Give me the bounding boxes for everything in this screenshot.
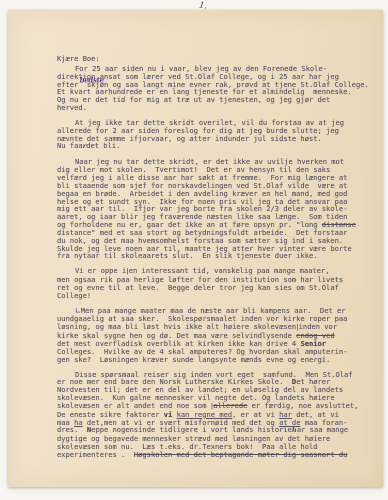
typed-text: College! (57, 291, 91, 300)
paragraph: Disse spørsmaal reiser sig inden vort eg… (57, 371, 373, 459)
paragraph: ∟Men paa mange maater maa de næste aar b… (57, 307, 373, 364)
typed-text: en interessant tid, vanskelig paa mange … (129, 266, 330, 275)
paragraph: For 25 aar siden nu i vaar, blev jeg av … (57, 65, 373, 112)
typed-text: Men paa mange maater maa de næste aar bl… (81, 306, 346, 315)
letter-line: experimenteres . Høgskolen med det bepta… (57, 451, 373, 459)
paragraph: Vi er oppe i|en interessant tid, vanskel… (57, 267, 373, 299)
typed-text: Og nu er det tid for mig at træ ut av tj… (57, 95, 330, 104)
letter-line: ret og evne til at leve. Begge deler tro… (57, 284, 373, 292)
typed-text: skolevæsen er alt andet end noe som (57, 401, 211, 410)
typed-text: ret og evne til at leve. Begge deler tro… (57, 283, 339, 292)
struck-text: Høgskolen med det beptagande møter dig s… (134, 450, 348, 459)
paragraph: Naar jeg nu tar dette skridt, er det ikk… (57, 158, 373, 260)
letter-body: For 25 aar siden nu i vaar, blev jeg av … (57, 65, 373, 459)
letter-line: gen ske? Løsningen kræver sunde langsynt… (57, 356, 373, 364)
typed-text: fra nytaar til skoleaarets slut. En slik… (57, 251, 318, 260)
typed-text: inden vor (299, 322, 337, 331)
scan-background: 1. Kjære Boe: For 25 aar siden nu i vaar… (0, 0, 388, 500)
salutation: Kjære Boe: (57, 55, 373, 63)
letter-line: Og nu er det tid for mig at træ ut av tj… (57, 96, 373, 104)
typed-text: eppe nogensinde tidligere i vort lands h… (91, 425, 292, 434)
typed-text: herved. (57, 103, 87, 112)
typed-text: ar saa mange (297, 425, 348, 434)
typed-text: Nu faa (57, 141, 83, 150)
typed-text: experimenteres . (57, 450, 134, 459)
struck-text: allerede (213, 401, 247, 410)
paragraph: At jeg ikke tar dette skridt overilet, v… (57, 119, 373, 151)
letter-line: herved. (57, 104, 373, 112)
handwritten-mark: bedste (80, 76, 104, 84)
letter-page: Kjære Boe: For 25 aar siden nu i vaar, b… (8, 10, 383, 487)
typed-text: løsning, og maa bli løst hvis ikke alt h… (57, 322, 296, 331)
letter-line: College! (57, 292, 373, 300)
letter-line: fra nytaar til skoleaarets slut. En slik… (57, 252, 373, 260)
letter-line: Nu faardet bli. (57, 142, 373, 151)
typed-text: er færdig, noe avsluttet, (247, 401, 358, 410)
typed-text: det bli. (86, 141, 120, 150)
typed-text: Vi er oppe i (75, 266, 126, 275)
typed-text: gen ske? Løsningen kræver sunde langsynt… (57, 355, 330, 364)
typed-text: dres. (57, 425, 87, 434)
